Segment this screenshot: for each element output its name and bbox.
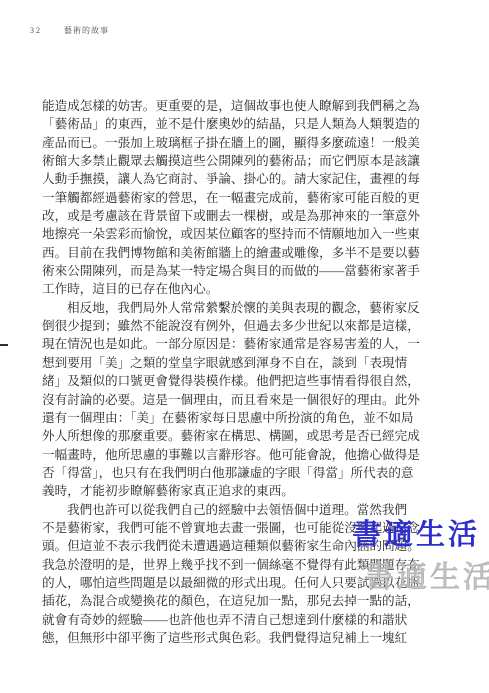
text-line: 插花，為混合或變換花的顏色，在這兒加一點，那兒去掉一點的話，: [42, 592, 422, 610]
page-header: 32 藝術的故事: [30, 25, 109, 36]
running-head-book-title: 藝術的故事: [64, 25, 109, 36]
text-line: 改，或是考慮該在背景留下或刪去一棵樹，或是為那神來的一筆意外: [42, 207, 422, 225]
text-line: 能造成怎樣的妨害。更重要的是，這個故事也使人瞭解到我們稱之為: [42, 97, 422, 115]
text-line: 產品而已。一張加上玻璃框子掛在牆上的圖，顯得多麼疏遠！一般美: [42, 134, 422, 152]
text-line: 頭。但這並不表示我們從未遭遇過這種類似藝術家生命內涵的問題。: [42, 537, 422, 555]
text-line: 工作時，這目的已存在他內心。: [42, 280, 422, 298]
text-line: 一筆觸都經過藝術家的營思，在一幅畫完成前，藝術家可能百般的更: [42, 189, 422, 207]
text-line: 術館大多禁止觀眾去觸摸這些公開陳列的藝術品；而它們原本是該讓: [42, 152, 422, 170]
text-line: 還有一個理由：「美」在藝術家每日思慮中所扮演的角色，並不如局: [42, 409, 422, 427]
text-line: 否「得當」，也只有在我們明白他那謙虛的字眼「得當」所代表的意: [42, 464, 422, 482]
text-line: 地擦亮一朵雲彩而愉悅，或因某位顧客的堅持而不情願地加入一些東: [42, 225, 422, 243]
text-line: 人動手撫摸，讓人為它商討、爭論、掛心的。請大家記住，畫裡的每: [42, 170, 422, 188]
text-line: 外人所想像的那麼重要。藝術家在構思、構圖，或思考是否已經完成: [42, 427, 422, 445]
text-line: 西。目前在我們博物館和美術館牆上的繪畫或雕像，多半不是要以藝: [42, 244, 422, 262]
text-line: 想到要用「美」之類的堂皇字眼就感到渾身不自在，談到「表現情: [42, 354, 422, 372]
text-line: 緒」及類似的口號更會覺得裝模作樣。他們把這些事情看得很自然，: [42, 372, 422, 390]
paragraph-start-line: 相反地，我們局外人常常縈繫於懷的美與表現的觀念，藝術家反: [42, 299, 422, 317]
margin-registration-mark: [0, 344, 8, 346]
paragraph-start-line: 我們也許可以從我們自己的經驗中去領悟個中道理。當然我們: [42, 501, 422, 519]
text-line: 「藝術品」的東西，並不是什麼奧妙的結晶，只是人類為人類製造的: [42, 115, 422, 133]
text-line: 就會有奇妙的經驗——也許他也弄不清自己想達到什麼樣的和諧狀: [42, 611, 422, 629]
book-page: 32 藝術的故事 能造成怎樣的妨害。更重要的是，這個故事也使人瞭解到我們稱之為 …: [0, 0, 489, 693]
text-line: 態，但無形中卻平衡了這些形式與色彩。我們覺得這兒補上一塊紅: [42, 629, 422, 647]
text-line: 一幅畫時，他所思慮的事難以言辭形容。他可能會說，他擔心做得是: [42, 446, 422, 464]
text-line: 倒很少提到；雖然不能說沒有例外，但過去多少世紀以來都是這樣，: [42, 317, 422, 335]
text-line: 沒有討論的必要。這是一個理由，而且看來是一個很好的理由。此外: [42, 391, 422, 409]
page-number: 32: [30, 26, 42, 35]
text-line: 術來公開陳列，而是為某一特定場合與目的而做的——當藝術家著手: [42, 262, 422, 280]
text-line: 現在情況也是如此。一部分原因是：藝術家通常是容易害羞的人，一: [42, 335, 422, 353]
text-line: 的人，哪怕這些問題是以最細微的形式出現。任何人只要試過以花瓶: [42, 574, 422, 592]
text-line: 我急於澄明的是，世界上幾乎找不到一個絲毫不覺得有此類問題存在: [42, 556, 422, 574]
text-line: 義時，才能初步瞭解藝術家真正追求的東西。: [42, 482, 422, 500]
text-line: 不是藝術家，我們可能不曾實地去畫一張圖，也可能從沒興起過這念: [42, 519, 422, 537]
body-text-block: 能造成怎樣的妨害。更重要的是，這個故事也使人瞭解到我們稱之為 「藝術品」的東西，…: [42, 97, 422, 647]
